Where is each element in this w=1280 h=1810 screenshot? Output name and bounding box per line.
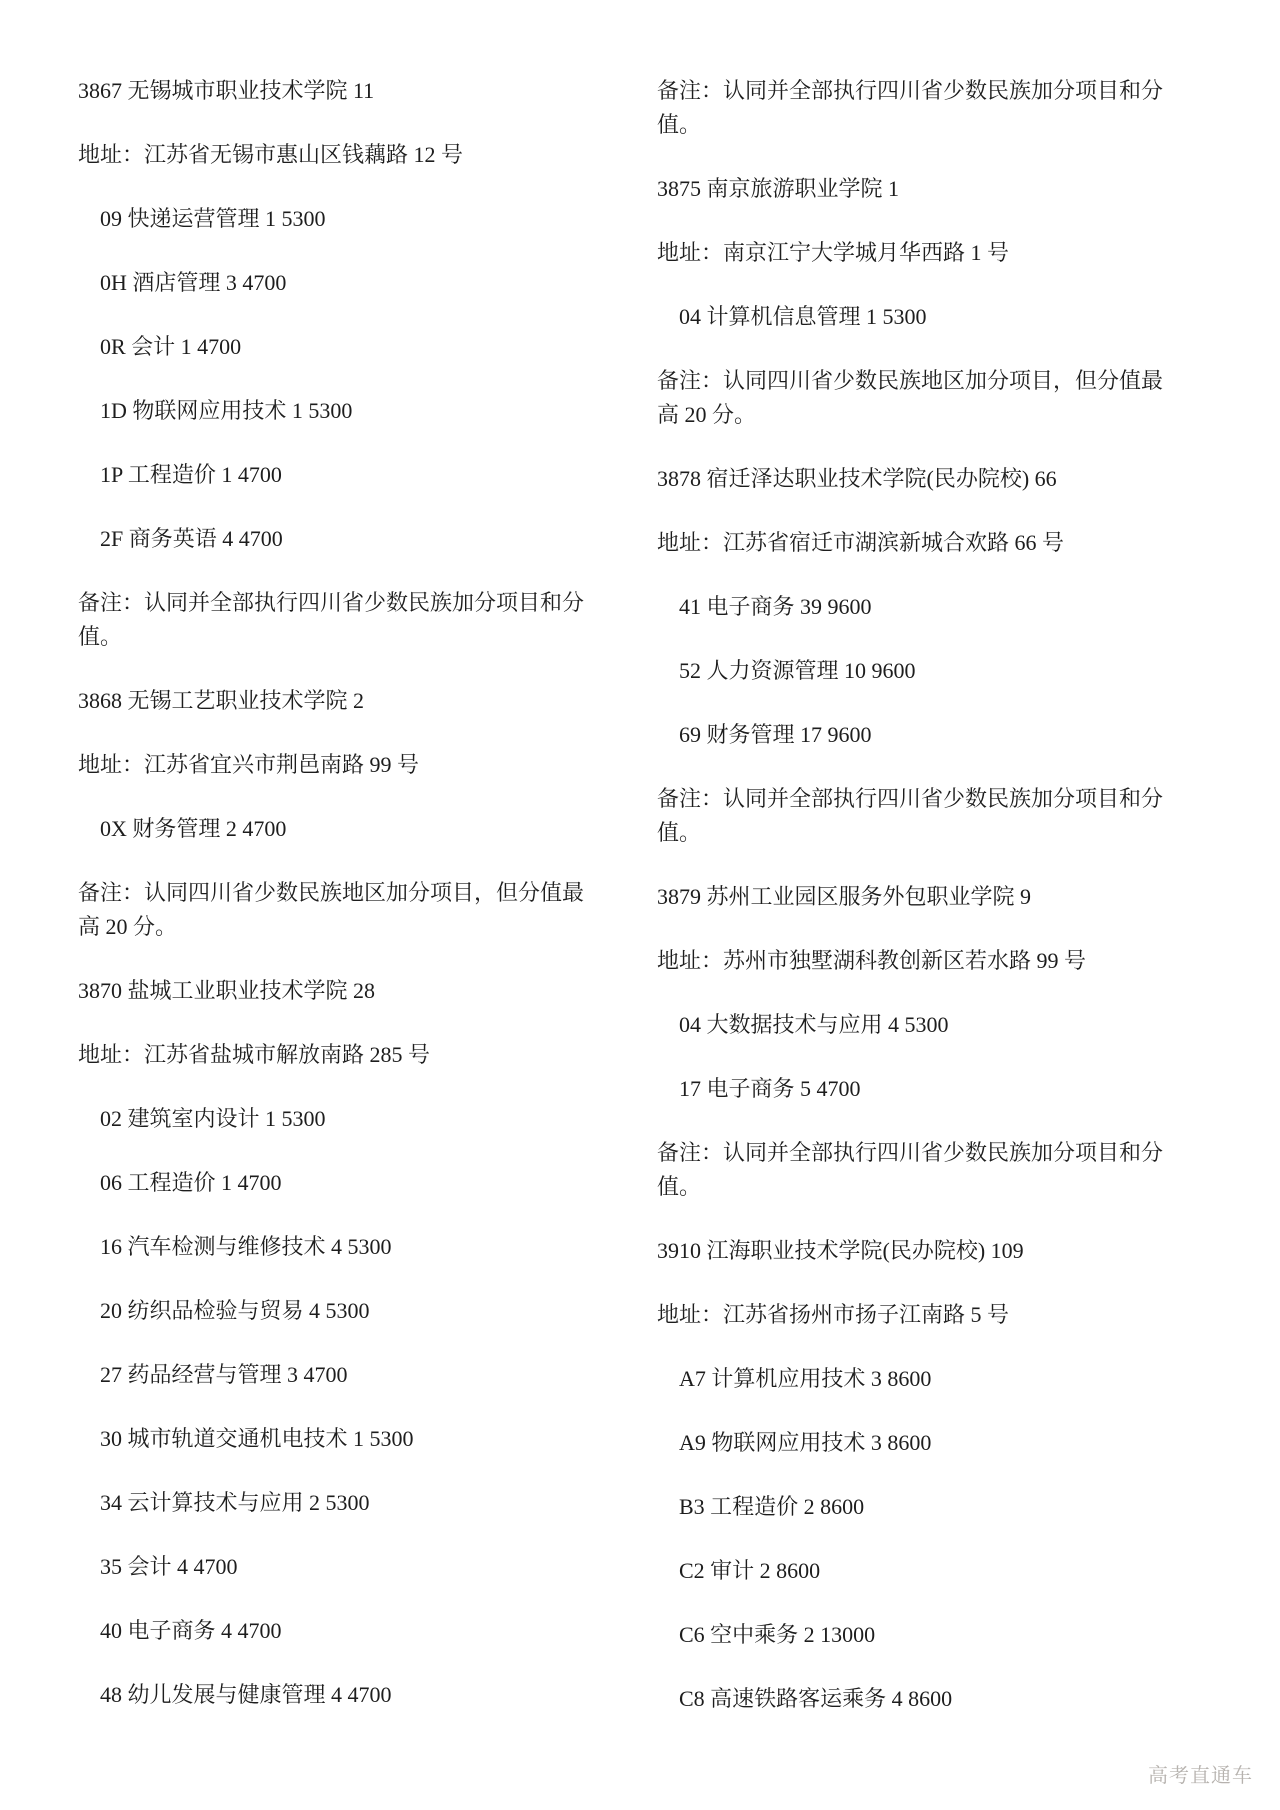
major-line: 35 会计 4 4700 xyxy=(78,1550,588,1584)
major-line: 1D 物联网应用技术 1 5300 xyxy=(78,394,588,428)
major-block: 40 电子商务 4 4700 xyxy=(78,1614,588,1648)
major-block: 0H 酒店管理 3 4700 xyxy=(78,266,588,300)
address-line: 地址：江苏省宜兴市荆邑南路 99 号 xyxy=(78,748,588,782)
address-line: 地址：南京江宁大学城月华西路 1 号 xyxy=(657,236,1222,270)
major-block: 04 计算机信息管理 1 5300 xyxy=(657,300,1222,334)
major-block: C2 审计 2 8600 xyxy=(657,1554,1222,1588)
major-block: 35 会计 4 4700 xyxy=(78,1550,588,1584)
major-block: 0X 财务管理 2 4700 xyxy=(78,812,588,846)
note-line: 备注：认同四川省少数民族地区加分项目，但分值最 xyxy=(78,876,588,910)
note-block: 备注：认同并全部执行四川省少数民族加分项目和分值。 xyxy=(78,586,588,654)
watermark-text: 高考直通车 xyxy=(1148,1764,1253,1788)
left-column: 3867 无锡城市职业技术学院 11地址：江苏省无锡市惠山区钱藕路 12 号09… xyxy=(78,74,588,1742)
note-block: 备注：认同并全部执行四川省少数民族加分项目和分值。 xyxy=(657,1136,1222,1204)
note-block: 备注：认同四川省少数民族地区加分项目，但分值最高 20 分。 xyxy=(657,364,1222,432)
note-line: 备注：认同并全部执行四川省少数民族加分项目和分 xyxy=(78,586,588,620)
major-block: 2F 商务英语 4 4700 xyxy=(78,522,588,556)
note-line: 值。 xyxy=(657,1170,1222,1204)
major-block: 52 人力资源管理 10 9600 xyxy=(657,654,1222,688)
address-line: 地址：江苏省宿迁市湖滨新城合欢路 66 号 xyxy=(657,526,1222,560)
major-line: 30 城市轨道交通机电技术 1 5300 xyxy=(78,1422,588,1456)
note-line: 高 20 分。 xyxy=(78,910,588,944)
note-line: 备注：认同四川省少数民族地区加分项目，但分值最 xyxy=(657,364,1222,398)
major-line: 41 电子商务 39 9600 xyxy=(657,590,1222,624)
major-line: 0R 会计 1 4700 xyxy=(78,330,588,364)
major-line: A9 物联网应用技术 3 8600 xyxy=(657,1426,1222,1460)
major-block: 17 电子商务 5 4700 xyxy=(657,1072,1222,1106)
school-line: 3878 宿迁泽达职业技术学院(民办院校) 66 xyxy=(657,462,1222,496)
major-line: 69 财务管理 17 9600 xyxy=(657,718,1222,752)
address-block: 地址：江苏省宜兴市荆邑南路 99 号 xyxy=(78,748,588,782)
address-block: 地址：江苏省盐城市解放南路 285 号 xyxy=(78,1038,588,1072)
major-line: 0X 财务管理 2 4700 xyxy=(78,812,588,846)
major-block: 06 工程造价 1 4700 xyxy=(78,1166,588,1200)
major-line: 09 快递运营管理 1 5300 xyxy=(78,202,588,236)
school-block: 3867 无锡城市职业技术学院 11 xyxy=(78,74,588,108)
major-line: 27 药品经营与管理 3 4700 xyxy=(78,1358,588,1392)
address-block: 地址：江苏省无锡市惠山区钱藕路 12 号 xyxy=(78,138,588,172)
address-block: 地址：苏州市独墅湖科教创新区若水路 99 号 xyxy=(657,944,1222,978)
major-line: 1P 工程造价 1 4700 xyxy=(78,458,588,492)
note-block: 备注：认同并全部执行四川省少数民族加分项目和分值。 xyxy=(657,74,1222,142)
note-line: 值。 xyxy=(657,816,1222,850)
major-line: 20 纺织品检验与贸易 4 5300 xyxy=(78,1294,588,1328)
major-block: C6 空中乘务 2 13000 xyxy=(657,1618,1222,1652)
major-line: 0H 酒店管理 3 4700 xyxy=(78,266,588,300)
school-block: 3875 南京旅游职业学院 1 xyxy=(657,172,1222,206)
major-block: 48 幼儿发展与健康管理 4 4700 xyxy=(78,1678,588,1712)
address-block: 地址：江苏省扬州市扬子江南路 5 号 xyxy=(657,1298,1222,1332)
major-line: 02 建筑室内设计 1 5300 xyxy=(78,1102,588,1136)
major-block: 1D 物联网应用技术 1 5300 xyxy=(78,394,588,428)
major-block: 27 药品经营与管理 3 4700 xyxy=(78,1358,588,1392)
school-block: 3868 无锡工艺职业技术学院 2 xyxy=(78,684,588,718)
major-line: C6 空中乘务 2 13000 xyxy=(657,1618,1222,1652)
address-block: 地址：江苏省宿迁市湖滨新城合欢路 66 号 xyxy=(657,526,1222,560)
major-block: A7 计算机应用技术 3 8600 xyxy=(657,1362,1222,1396)
major-line: 06 工程造价 1 4700 xyxy=(78,1166,588,1200)
major-line: A7 计算机应用技术 3 8600 xyxy=(657,1362,1222,1396)
major-line: B3 工程造价 2 8600 xyxy=(657,1490,1222,1524)
major-block: 30 城市轨道交通机电技术 1 5300 xyxy=(78,1422,588,1456)
school-line: 3879 苏州工业园区服务外包职业学院 9 xyxy=(657,880,1222,914)
major-block: C8 高速铁路客运乘务 4 8600 xyxy=(657,1682,1222,1716)
school-line: 3870 盐城工业职业技术学院 28 xyxy=(78,974,588,1008)
major-block: B3 工程造价 2 8600 xyxy=(657,1490,1222,1524)
school-block: 3870 盐城工业职业技术学院 28 xyxy=(78,974,588,1008)
note-line: 值。 xyxy=(657,108,1222,142)
school-line: 3910 江海职业技术学院(民办院校) 109 xyxy=(657,1234,1222,1268)
major-block: 69 财务管理 17 9600 xyxy=(657,718,1222,752)
major-block: 04 大数据技术与应用 4 5300 xyxy=(657,1008,1222,1042)
major-block: 02 建筑室内设计 1 5300 xyxy=(78,1102,588,1136)
major-line: 2F 商务英语 4 4700 xyxy=(78,522,588,556)
school-block: 3878 宿迁泽达职业技术学院(民办院校) 66 xyxy=(657,462,1222,496)
major-block: 0R 会计 1 4700 xyxy=(78,330,588,364)
major-block: 1P 工程造价 1 4700 xyxy=(78,458,588,492)
major-line: 04 大数据技术与应用 4 5300 xyxy=(657,1008,1222,1042)
major-line: 17 电子商务 5 4700 xyxy=(657,1072,1222,1106)
school-block: 3879 苏州工业园区服务外包职业学院 9 xyxy=(657,880,1222,914)
note-block: 备注：认同四川省少数民族地区加分项目，但分值最高 20 分。 xyxy=(78,876,588,944)
school-line: 3867 无锡城市职业技术学院 11 xyxy=(78,74,588,108)
major-block: A9 物联网应用技术 3 8600 xyxy=(657,1426,1222,1460)
address-line: 地址：苏州市独墅湖科教创新区若水路 99 号 xyxy=(657,944,1222,978)
document-page: 3867 无锡城市职业技术学院 11地址：江苏省无锡市惠山区钱藕路 12 号09… xyxy=(0,0,1280,1810)
note-line: 值。 xyxy=(78,620,588,654)
note-line: 备注：认同并全部执行四川省少数民族加分项目和分 xyxy=(657,1136,1222,1170)
major-line: 40 电子商务 4 4700 xyxy=(78,1614,588,1648)
address-line: 地址：江苏省扬州市扬子江南路 5 号 xyxy=(657,1298,1222,1332)
right-column: 备注：认同并全部执行四川省少数民族加分项目和分值。3875 南京旅游职业学院 1… xyxy=(657,74,1222,1746)
school-block: 3910 江海职业技术学院(民办院校) 109 xyxy=(657,1234,1222,1268)
major-block: 34 云计算技术与应用 2 5300 xyxy=(78,1486,588,1520)
major-block: 09 快递运营管理 1 5300 xyxy=(78,202,588,236)
note-block: 备注：认同并全部执行四川省少数民族加分项目和分值。 xyxy=(657,782,1222,850)
major-block: 20 纺织品检验与贸易 4 5300 xyxy=(78,1294,588,1328)
major-line: 48 幼儿发展与健康管理 4 4700 xyxy=(78,1678,588,1712)
note-line: 高 20 分。 xyxy=(657,398,1222,432)
school-line: 3868 无锡工艺职业技术学院 2 xyxy=(78,684,588,718)
major-block: 41 电子商务 39 9600 xyxy=(657,590,1222,624)
address-line: 地址：江苏省盐城市解放南路 285 号 xyxy=(78,1038,588,1072)
major-line: 04 计算机信息管理 1 5300 xyxy=(657,300,1222,334)
major-line: C8 高速铁路客运乘务 4 8600 xyxy=(657,1682,1222,1716)
major-block: 16 汽车检测与维修技术 4 5300 xyxy=(78,1230,588,1264)
major-line: 52 人力资源管理 10 9600 xyxy=(657,654,1222,688)
address-block: 地址：南京江宁大学城月华西路 1 号 xyxy=(657,236,1222,270)
major-line: 34 云计算技术与应用 2 5300 xyxy=(78,1486,588,1520)
major-line: C2 审计 2 8600 xyxy=(657,1554,1222,1588)
major-line: 16 汽车检测与维修技术 4 5300 xyxy=(78,1230,588,1264)
school-line: 3875 南京旅游职业学院 1 xyxy=(657,172,1222,206)
note-line: 备注：认同并全部执行四川省少数民族加分项目和分 xyxy=(657,74,1222,108)
note-line: 备注：认同并全部执行四川省少数民族加分项目和分 xyxy=(657,782,1222,816)
address-line: 地址：江苏省无锡市惠山区钱藕路 12 号 xyxy=(78,138,588,172)
